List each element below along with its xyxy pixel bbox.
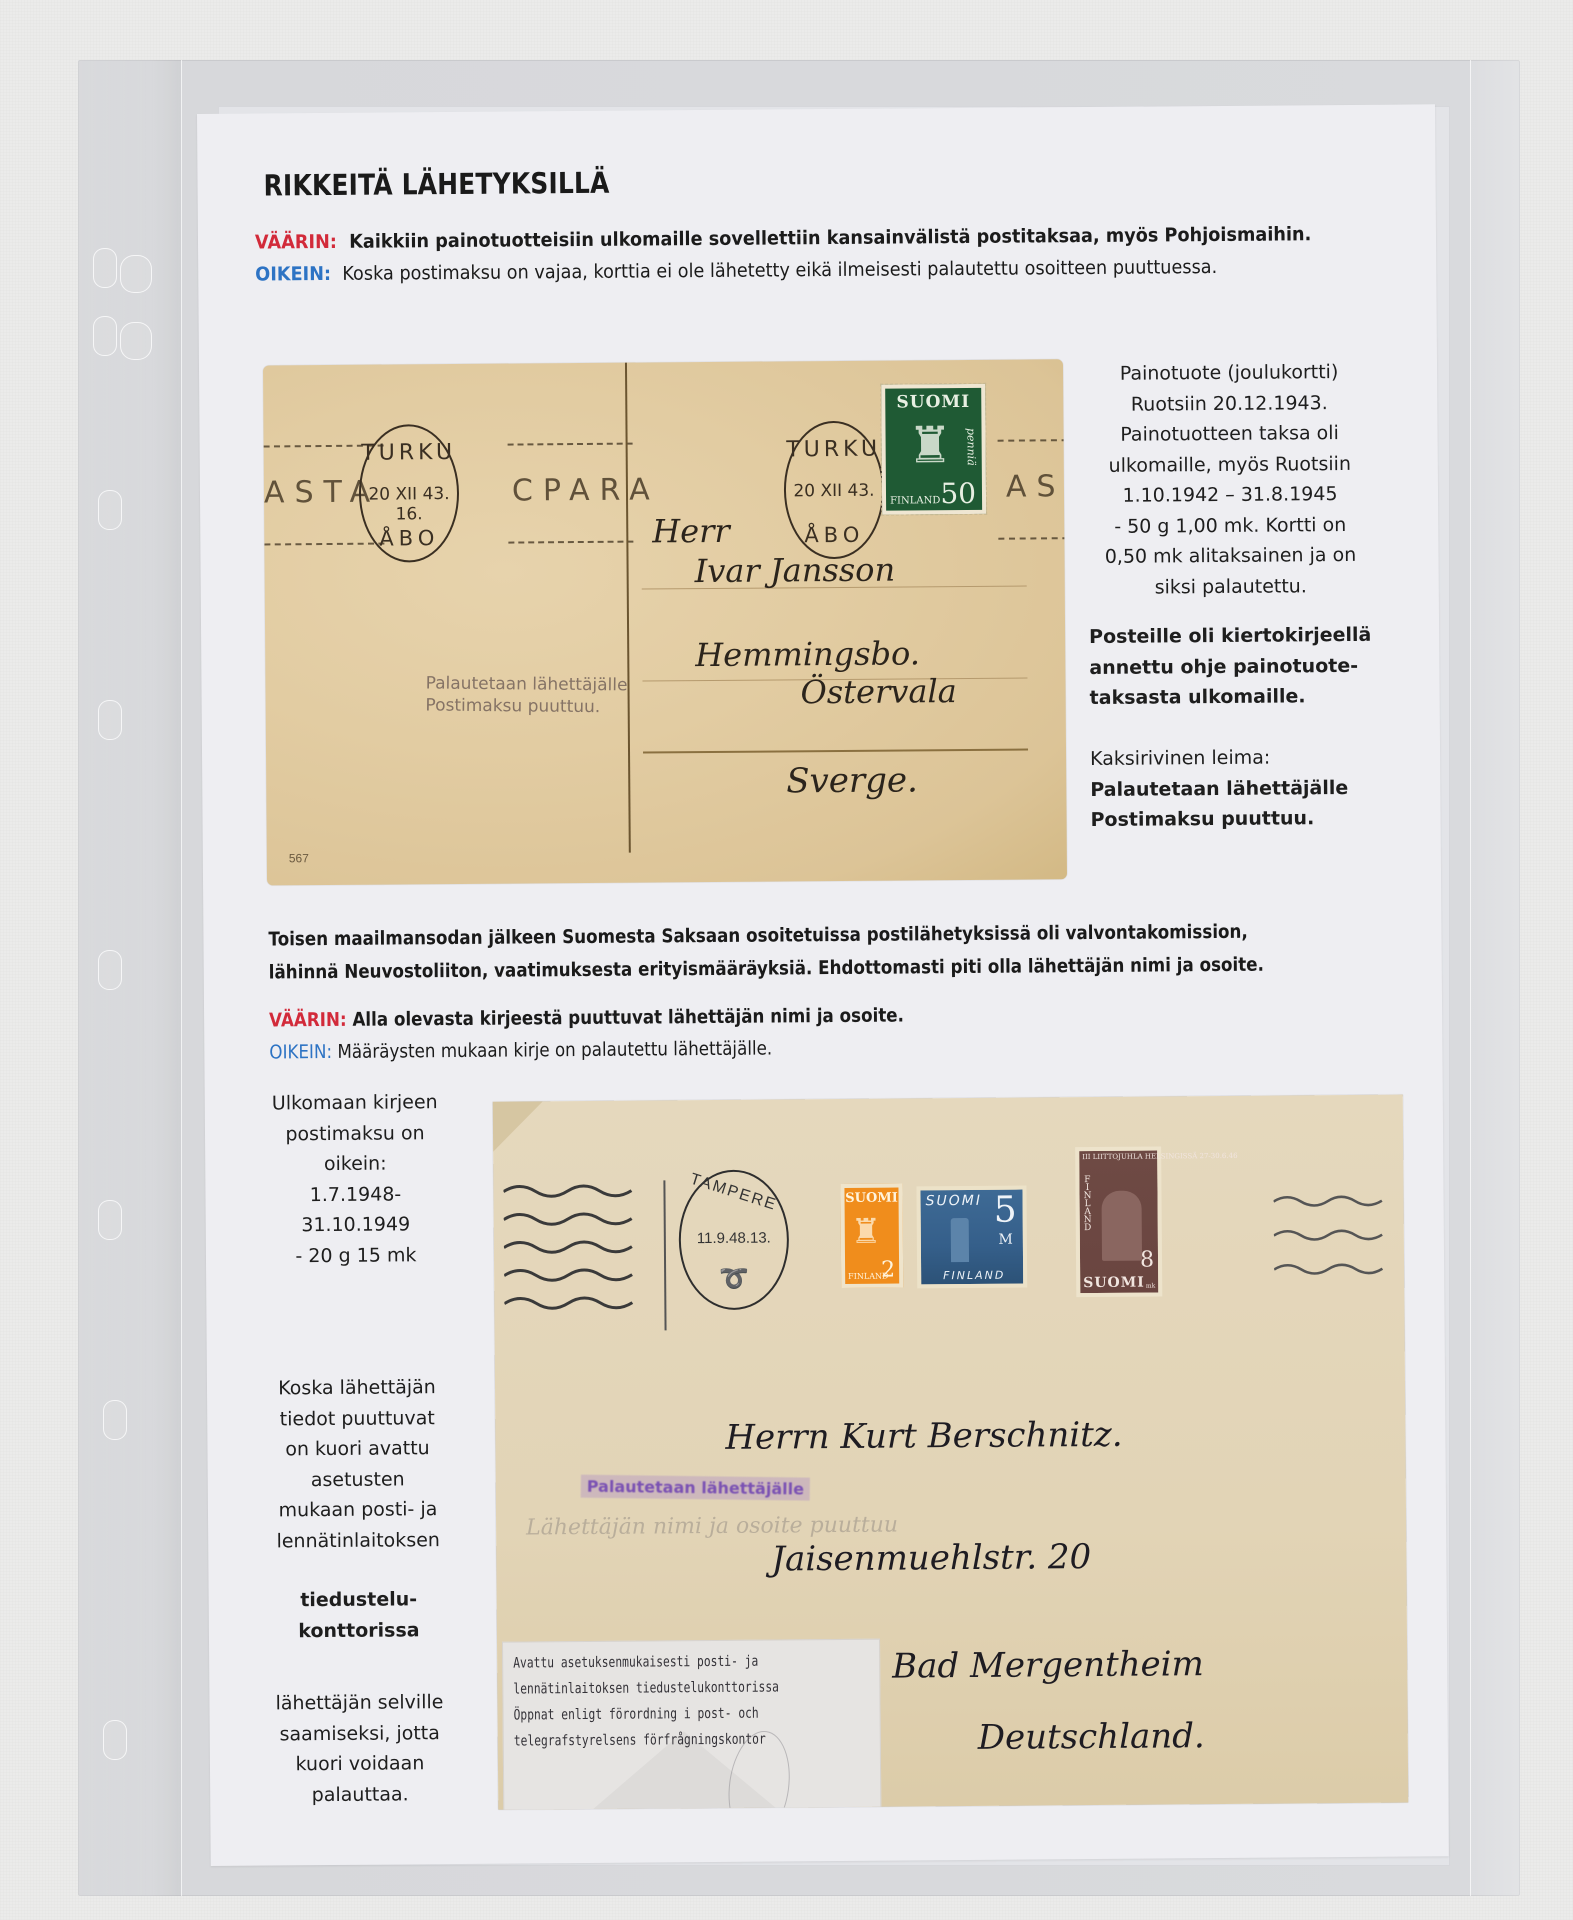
wavy-cancel-icon (504, 1209, 634, 1230)
caption-line: lähettäjän selville (249, 1687, 469, 1719)
stamp-country: SUOMI (1083, 1275, 1145, 1291)
wavy-cancel-icon (504, 1293, 634, 1314)
caption-line: 1.7.1948- (245, 1178, 465, 1210)
rubber-stamp-line: Postimaksu puuttuu. (425, 694, 627, 718)
caption-line: Painotuotteen taksa oli (1079, 418, 1379, 451)
wavy-cancel-icon (1273, 1191, 1383, 1212)
label-line: lennätinlaitoksen tiedustelukonttorissa (513, 1674, 791, 1702)
caption-line: lennätinlaitoksen (248, 1524, 468, 1556)
stamp-country2: FINLAND (890, 495, 940, 506)
postmark-date: 11.9.48.13. (681, 1229, 787, 1247)
address-line (643, 748, 1028, 753)
envelope-return-note: lähettäjän selville saamiseksi, jotta ku… (249, 1687, 470, 1811)
wavy-cancel-icon (504, 1265, 634, 1286)
binder-hole-icon (93, 248, 117, 288)
caption-line: saamiseksi, jotta (250, 1717, 470, 1749)
stamp-country: SUOMI (885, 392, 981, 413)
postcard-stamp-note: Kaksirivinen leima: Palautetaan lähettäj… (1090, 742, 1391, 836)
stamp-country: SUOMI (925, 1193, 981, 1209)
wavy-cancel-icon (1274, 1259, 1384, 1280)
postcard-circular-note: Posteille oli kiertokirjeellä annettu oh… (1089, 620, 1390, 714)
caption-line: konttorissa (249, 1614, 469, 1646)
postcard-divider (625, 363, 631, 853)
binder-hole-icon (120, 322, 152, 360)
cancel-slogan: AS (1006, 469, 1066, 504)
binder-hole-icon (98, 490, 122, 530)
stamp-value: 5 (994, 1192, 1017, 1230)
envelope: TAMPERE 11.9.48.13. ➰ SUOMI ♜ FINLAND 2 … (493, 1095, 1409, 1810)
wrong-text: Kaikkiin painotuotteisiin ulkomaille sov… (349, 223, 1311, 253)
caption-line: Ulkomaan kirjeen (245, 1087, 465, 1119)
postmark-town: TURKU (786, 437, 882, 463)
postmark-circle: TURKU 20 XII 43. 16. ÅBO (358, 424, 459, 563)
binder-hole-icon (98, 1200, 122, 1240)
stamp-country2: FINLAND (943, 1269, 1005, 1282)
postmark-town: TAMPERE (680, 1168, 786, 1217)
caption-line: asetusten (248, 1463, 468, 1495)
address-city: Östervala (800, 672, 957, 711)
postmark-date: 20 XII 43. 16. (361, 484, 457, 525)
postmark-circle: TURKU 20 XII 43. ÅBO (783, 421, 884, 560)
stamp-8-mk-gymnastics: III LIITTOJUHLA HELSINGISSÄ 27-30.6.46 F… (1075, 1146, 1162, 1297)
address-salutation: Herr (652, 512, 730, 551)
binder-hole-icon (120, 255, 152, 293)
lion-emblem-icon: ♜ (907, 420, 952, 470)
page-title: RIKKEITÄ LÄHETYKSILLÄ (263, 166, 609, 203)
caption-line: on kuori avattu (247, 1433, 467, 1465)
caption-line: 1.10.1942 – 31.8.1945 (1080, 479, 1380, 512)
cancel-slogan: CPARA (512, 472, 660, 508)
machine-cancel-line (998, 439, 1067, 442)
envelope-fold (493, 1101, 543, 1151)
wrong-text: Alla olevasta kirjeestä puuttuvat lähett… (352, 1004, 904, 1030)
postmark-circle: TAMPERE 11.9.48.13. ➰ (678, 1169, 789, 1310)
posthorn-icon: ➰ (681, 1264, 787, 1294)
section1-right: OIKEIN: Koska postimaksu on vajaa, kortt… (255, 256, 1217, 286)
caption-line: siksi palautettu. (1081, 570, 1381, 603)
castle-tower-icon (951, 1218, 969, 1262)
caption-line: kuori voidaan (250, 1748, 470, 1780)
binder-hole-icon (93, 316, 117, 356)
address-name: Herrn Kurt Berschnitz. (725, 1415, 1122, 1458)
caption-line: - 20 g 15 mk (246, 1239, 466, 1271)
caption-line: postimaksu on (245, 1117, 465, 1149)
address-country: Deutschland. (978, 1716, 1205, 1758)
caption-line: 31.10.1949 (246, 1209, 466, 1241)
machine-cancel-line (998, 537, 1067, 540)
envelope-rate-note: Ulkomaan kirjeen postimaksu on oikein: 1… (245, 1087, 466, 1272)
wavy-cancel-icon (503, 1181, 633, 1202)
section2-intro: Toisen maailmansodan jälkeen Suomesta Sa… (268, 916, 1254, 990)
postmark-town: TURKU (361, 440, 457, 466)
caption-line: Painotuote (joulukortti) (1079, 357, 1379, 390)
caption-line: mukaan posti- ja (248, 1494, 468, 1526)
lion-emblem-icon: ♜ (851, 1212, 882, 1252)
caption-line: oikein: (245, 1148, 465, 1180)
stamp-unit: mk (1146, 1283, 1155, 1290)
binder-hole-icon (103, 1720, 127, 1760)
postmark-date: 20 XII 43. (786, 481, 882, 502)
stamp-value: 8 (1140, 1248, 1154, 1273)
stamp-country2: FINLAND (1082, 1175, 1092, 1231)
address-street: Hemmingsbo. (695, 634, 920, 674)
stamp-value: 50 (940, 477, 976, 510)
right-text: Koska postimaksu on vajaa, korttia ei ol… (342, 256, 1217, 285)
sleeve-right-edge (1470, 60, 1520, 1896)
caption-line: Kaksirivinen leima: (1090, 742, 1390, 775)
postcard-description: Painotuote (joulukortti) Ruotsiin 20.12.… (1079, 357, 1381, 603)
address-street: Jaisenmuehlstr. 20 (771, 1537, 1091, 1580)
address-country: Sverge. (786, 760, 918, 801)
stamp-country: SUOMI (844, 1191, 898, 1206)
section2-wrong: VÄÄRIN: Alla olevasta kirjeestä puuttuva… (269, 1004, 904, 1031)
caption-line: Posteille oli kiertokirjeellä (1089, 620, 1389, 653)
machine-cancel-line (508, 443, 633, 446)
envelope-office-note: tiedustelu- konttorissa (249, 1584, 469, 1647)
card-number: 567 (289, 851, 309, 865)
cancel-bar (663, 1180, 666, 1330)
address-name: Ivar Jansson (694, 551, 895, 591)
stamp-5-markkaa-castle: SUOMI 5 M FINLAND (916, 1186, 1027, 1289)
caption-line: Ruotsiin 20.12.1943. (1079, 387, 1379, 420)
stamp-unit: M (998, 1232, 1012, 1248)
right-text: Määräysten mukaan kirje on palautettu lä… (337, 1038, 772, 1063)
postcard: ASTA CPARA AS TURKU 20 XII 43. 16. ÅBO T… (263, 359, 1067, 885)
stamp-unit: penniä (964, 428, 977, 466)
caption-line: 0,50 mk alitaksainen ja on (1080, 540, 1380, 573)
right-label: OIKEIN: (255, 263, 331, 286)
postmark-town-swedish: ÅBO (786, 523, 882, 548)
section2-right: OIKEIN: Määräysten mukaan kirje on palau… (269, 1038, 772, 1064)
wrong-label: VÄÄRIN: (269, 1009, 347, 1032)
envelope-opened-note: Koska lähettäjän tiedot puuttuvat on kuo… (247, 1372, 468, 1557)
caption-line: tiedustelu- (249, 1584, 469, 1616)
caption-line: Postimaksu puuttuu. (1090, 803, 1390, 836)
exhibit-sheet: RIKKEITÄ LÄHETYKSILLÄ VÄÄRIN: Kaikkiin p… (197, 104, 1449, 1866)
label-line: Öppnat enligt förordning i post- och (513, 1700, 791, 1728)
section1-wrong: VÄÄRIN: Kaikkiin painotuotteisiin ulkoma… (255, 223, 1311, 253)
return-stamp: Palautetaan lähettäjälle (581, 1475, 810, 1501)
address-city: Bad Mergentheim (892, 1644, 1204, 1686)
stamp-50-penni: SUOMI ♜ penniä FINLAND 50 (881, 384, 986, 515)
postmark-town-swedish: ÅBO (361, 526, 457, 551)
stamp-2-markkaa: SUOMI ♜ FINLAND 2 (840, 1183, 903, 1287)
pencil-note: Lähettäjän nimi ja osoite puuttuu (526, 1513, 898, 1541)
caption-line: palauttaa. (250, 1778, 470, 1810)
inspection-label: Avattu asetuksenmukaisesti posti- ja len… (502, 1639, 882, 1810)
binder-hole-icon (98, 950, 122, 990)
caption-line: tiedot puuttuvat (247, 1402, 467, 1434)
label-line: Avattu asetuksenmukaisesti posti- ja (513, 1648, 791, 1676)
machine-cancel-line (508, 541, 633, 544)
rubber-stamp-line: Palautetaan lähettäjälle (426, 672, 628, 696)
binder-hole-icon (98, 700, 122, 740)
caption-line: annettu ohje painotuote- (1089, 650, 1389, 683)
caption-line: Palautetaan lähettäjälle (1090, 772, 1390, 805)
caption-line: - 50 g 1,00 mk. Kortti on (1080, 509, 1380, 542)
caption-line: ulkomaille, myös Ruotsiin (1080, 448, 1380, 481)
right-label: OIKEIN: (269, 1041, 332, 1063)
binder-hole-icon (103, 1400, 127, 1440)
intro-line: lähinnä Neuvostoliiton, vaatimuksesta er… (269, 949, 1255, 990)
wavy-cancel-icon (1274, 1225, 1384, 1246)
wrong-label: VÄÄRIN: (255, 231, 337, 254)
rubber-stamp: Palautetaan lähettäjälle Postimaksu puut… (425, 672, 627, 718)
stamp-value: 2 (881, 1258, 895, 1283)
wavy-cancel-icon (504, 1237, 634, 1258)
caption-line: taksasta ulkomaille. (1089, 681, 1389, 714)
caption-line: Koska lähettäjän (247, 1372, 467, 1404)
athletes-figure-icon (1101, 1191, 1142, 1261)
label-line: telegrafstyrelsens förfrågningskontor (514, 1726, 792, 1754)
stamp-header: III LIITTOJUHLA HELSINGISSÄ 27-30.6.46 (1082, 1152, 1237, 1162)
